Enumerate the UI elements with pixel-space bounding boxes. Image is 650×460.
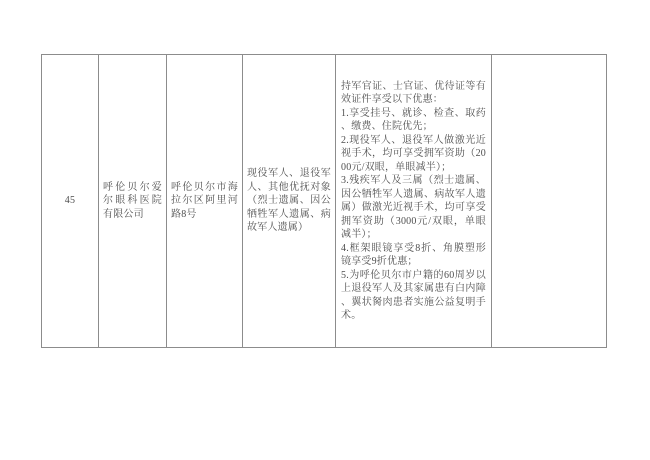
- eligible-groups-cell: 现役军人、退役军人、其他优抚对象（烈士遗属、因公牺牲军人遗属、病故军人遗属）: [243, 55, 336, 347]
- address-cell: 呼伦贝尔市海拉尔区阿里河路8号: [167, 55, 243, 347]
- benefit-item: 1.享受挂号、就诊、检查、取药、缴费、住院优先；: [341, 107, 486, 134]
- benefits-list: 1.享受挂号、就诊、检查、取药、缴费、住院优先；2.现役军人、退役军人做激光近视…: [341, 107, 486, 323]
- notes-cell: [492, 55, 606, 347]
- company-address: 呼伦贝尔市海拉尔区阿里河路8号: [167, 181, 242, 222]
- benefit-item: 2.现役军人、退役军人做激光近视手术，均可享受拥军资助（2000元/双眼，单眼减…: [341, 134, 486, 175]
- benefit-item: 5.为呼伦贝尔市户籍的60周岁以上退役军人及其家属患有白内障、翼状胬肉患者实施公…: [341, 269, 486, 323]
- serial-number-cell: 45: [42, 55, 99, 347]
- benefit-item: 3.残疾军人及三属（烈士遗属、因公牺牲军人遗属、病故军人遗属）做激光近视手术，均…: [341, 174, 486, 242]
- benefits-text: 持军官证、士官证、优待证等有效证件享受以下优惠： 1.享受挂号、就诊、检查、取药…: [336, 80, 491, 323]
- serial-number: 45: [42, 194, 98, 208]
- benefits-intro: 持军官证、士官证、优待证等有效证件享受以下优惠：: [341, 80, 486, 107]
- company-cell: 呼伦贝尔爱尔眼科医院有限公司: [99, 55, 167, 347]
- benefit-item: 4.框架眼镜享受8折、角膜塑形镜享受9折优惠；: [341, 242, 486, 269]
- benefits-cell: 持军官证、士官证、优待证等有效证件享受以下优惠： 1.享受挂号、就诊、检查、取药…: [336, 55, 492, 347]
- benefits-table-row: 45 呼伦贝尔爱尔眼科医院有限公司 呼伦贝尔市海拉尔区阿里河路8号 现役军人、退…: [41, 54, 607, 348]
- company-name: 呼伦贝尔爱尔眼科医院有限公司: [99, 181, 166, 222]
- eligible-groups: 现役军人、退役军人、其他优抚对象（烈士遗属、因公牺牲军人遗属、病故军人遗属）: [243, 167, 335, 235]
